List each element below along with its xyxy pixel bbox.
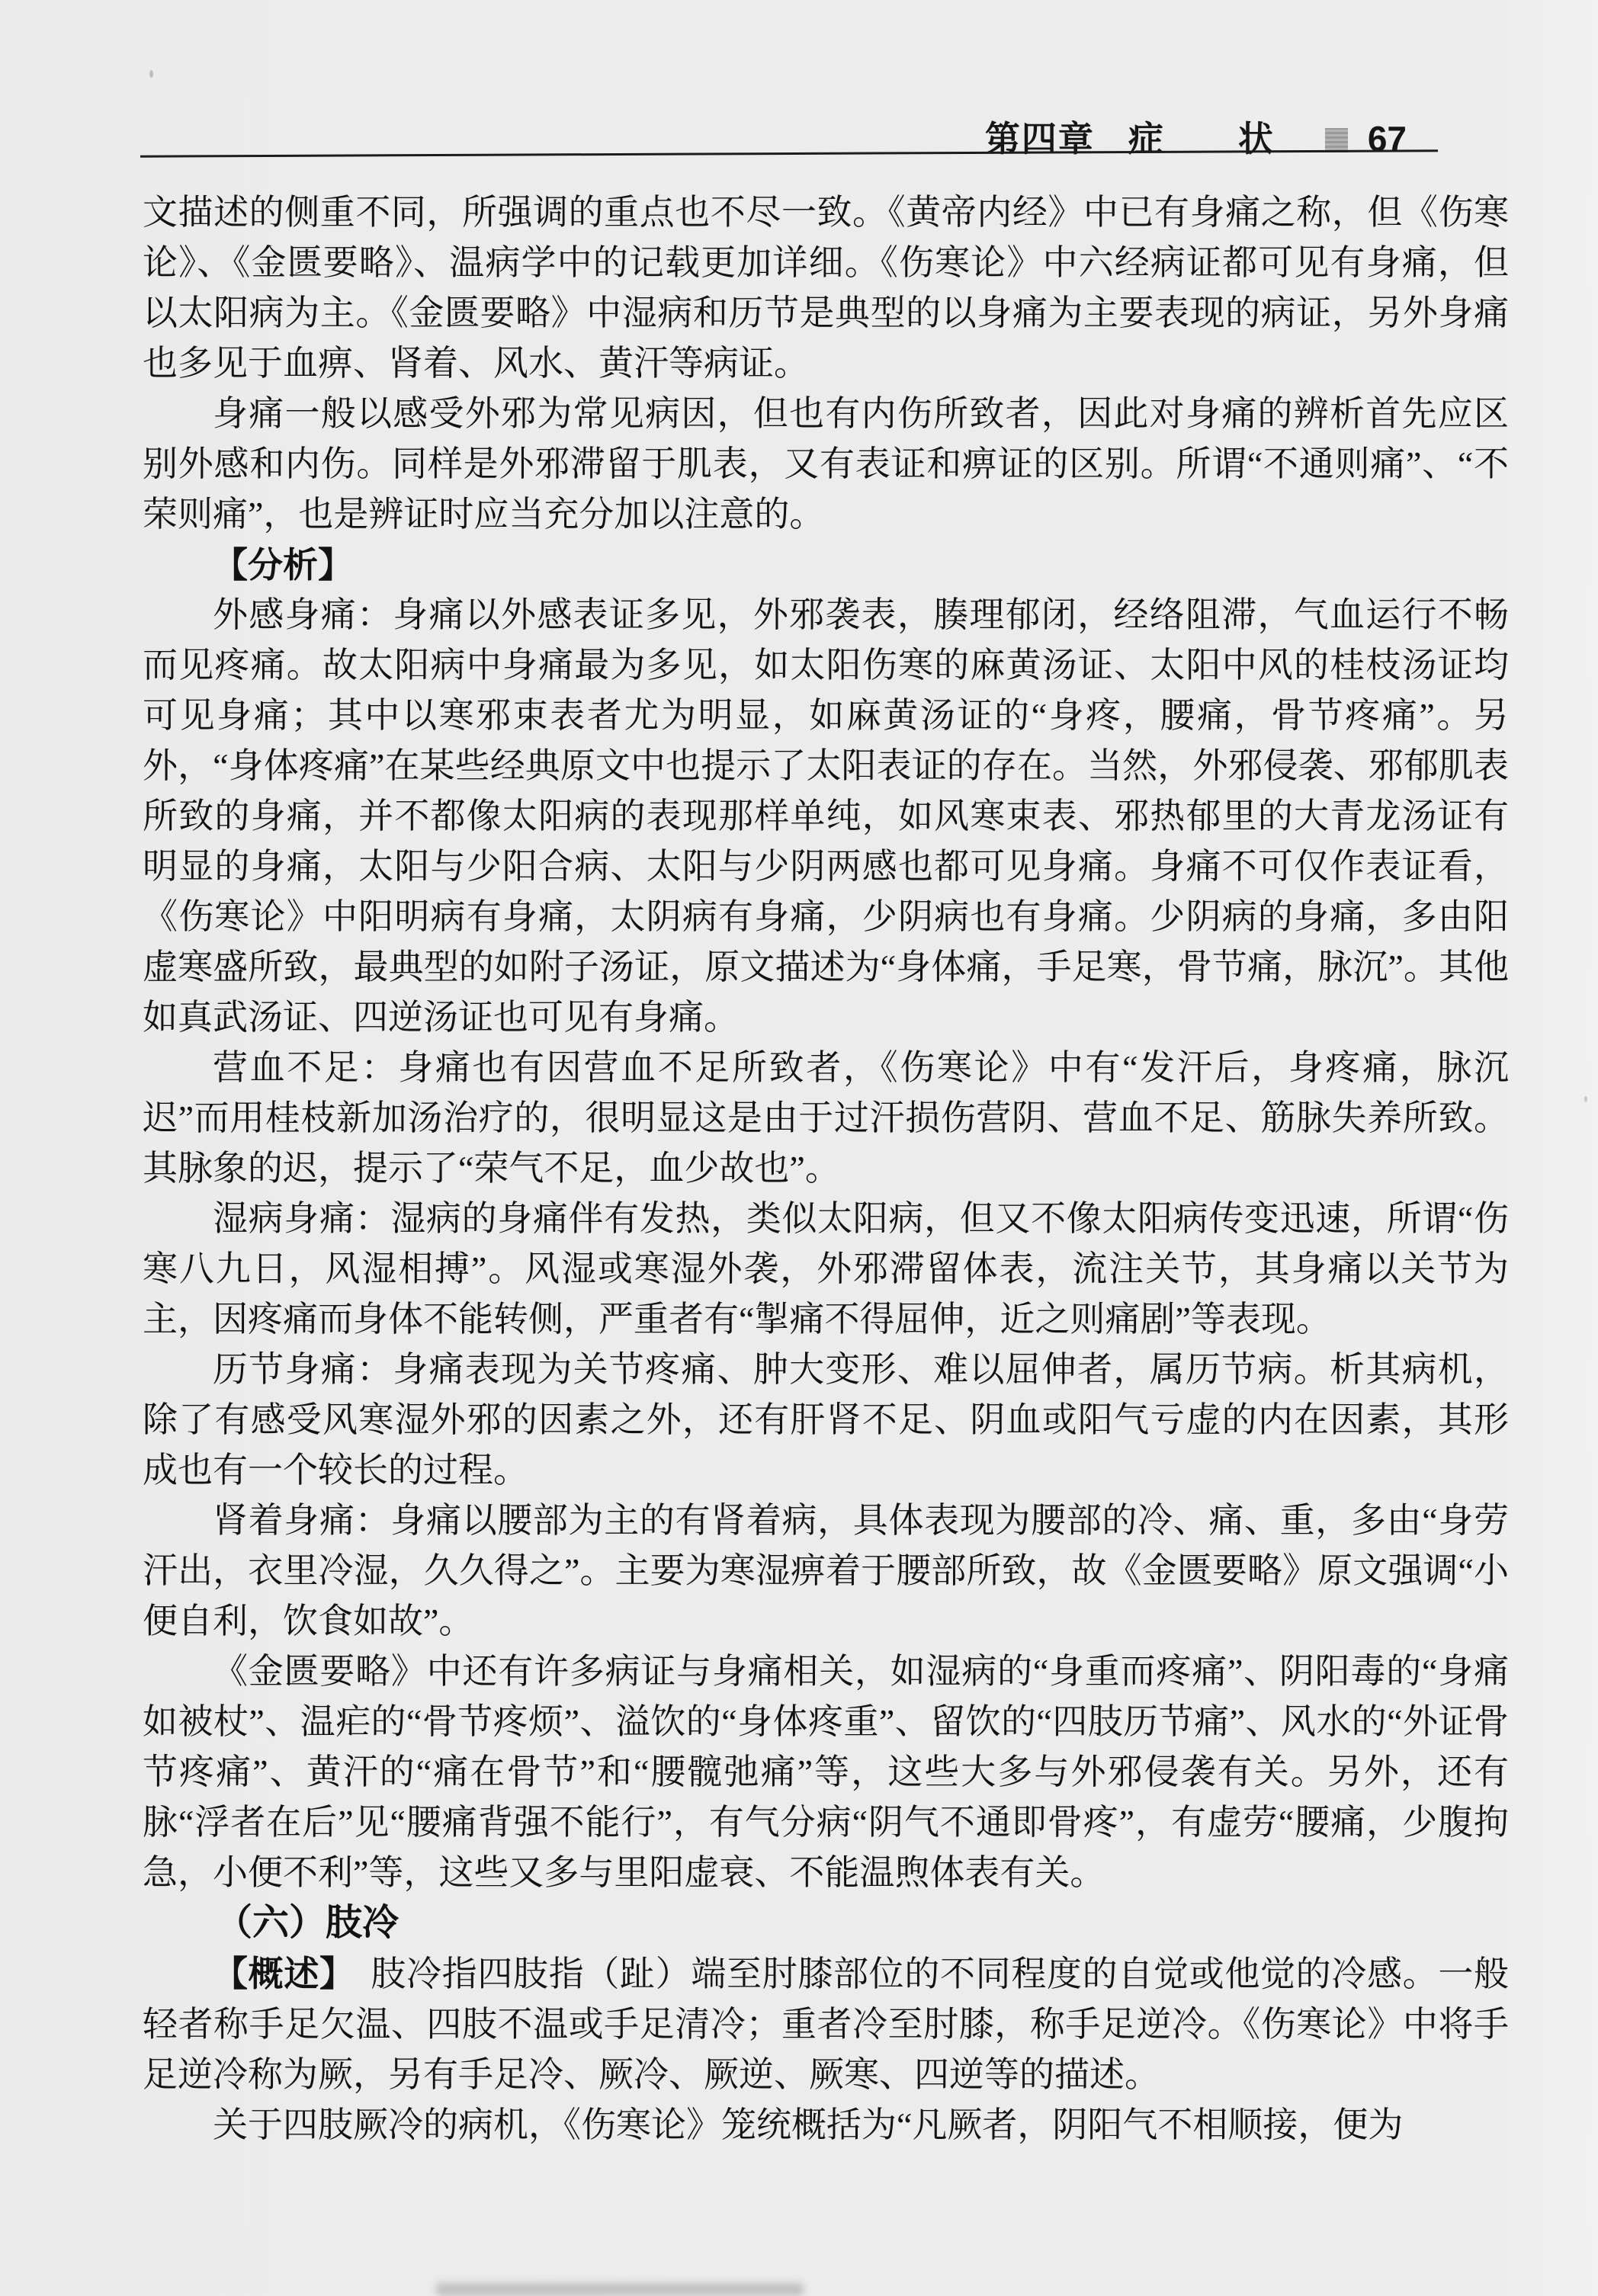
paragraph-damp-disease-body-pain: 湿病身痛：湿病的身痛伴有发热，类似太阳病，但又不像太阳病传变迅速，所谓“伤寒八九… bbox=[143, 1194, 1509, 1345]
page-body: 文描述的侧重不同，所强调的重点也不尽一致。《黄帝内经》中已有身痛之称，但《伤寒论… bbox=[143, 188, 1509, 2150]
scan-speck bbox=[149, 70, 153, 78]
analysis-heading: 【分析】 bbox=[143, 540, 1509, 590]
paragraph-etiology-overview: 身痛一般以感受外邪为常见病因，但也有内伤所致者，因此对身痛的辨析首先应区别外感和… bbox=[143, 389, 1509, 540]
overview-label: 【概述】 bbox=[213, 1954, 355, 1993]
scan-speck bbox=[1584, 1096, 1587, 1102]
paragraph-cold-limbs-overview: 【概述】肢冷指四肢指（趾）端至肘膝部位的不同程度的自觉或他觉的冷感。一般轻者称手… bbox=[143, 1948, 1509, 2100]
page-number: 67 bbox=[1368, 119, 1407, 159]
scan-artifact-smudge bbox=[436, 2283, 804, 2296]
paragraph-exogenous-body-pain: 外感身痛：身痛以外感表证多见，外邪袭表，腠理郁闭，经络阻滞，气血运行不畅而见疼痛… bbox=[143, 590, 1509, 1043]
section-heading-cold-limbs: （六）肢冷 bbox=[143, 1898, 1509, 1948]
paragraph-intro-continuation: 文描述的侧重不同，所强调的重点也不尽一致。《黄帝内经》中已有身痛之称，但《伤寒论… bbox=[143, 188, 1509, 389]
paragraph-ying-blood-deficiency: 营血不足：身痛也有因营血不足所致者，《伤寒论》中有“发汗后，身疼痛，脉沉迟”而用… bbox=[143, 1043, 1509, 1194]
paragraph-shenzhe-body-pain: 肾着身痛：身痛以腰部为主的有肾着病，具体表现为腰部的冷、痛、重，多由“身劳汗出，… bbox=[143, 1496, 1509, 1647]
paragraph-jue-mechanism: 关于四肢厥冷的病机，《伤寒论》笼统概括为“凡厥者，阴阳气不相顺接，便为 bbox=[143, 2100, 1509, 2150]
page-marker-icon bbox=[1325, 128, 1348, 152]
book-page: 第四章症状67 文描述的侧重不同，所强调的重点也不尽一致。《黄帝内经》中已有身痛… bbox=[0, 0, 1598, 2296]
paragraph-jingui-related-patterns: 《金匮要略》中还有许多病证与身痛相关，如湿病的“身重而疼痛”、阴阳毒的“身痛如被… bbox=[143, 1647, 1509, 1898]
paragraph-lijie-body-pain: 历节身痛：身痛表现为关节疼痛、肿大变形、难以屈伸者，属历节病。析其病机，除了有感… bbox=[143, 1345, 1509, 1496]
